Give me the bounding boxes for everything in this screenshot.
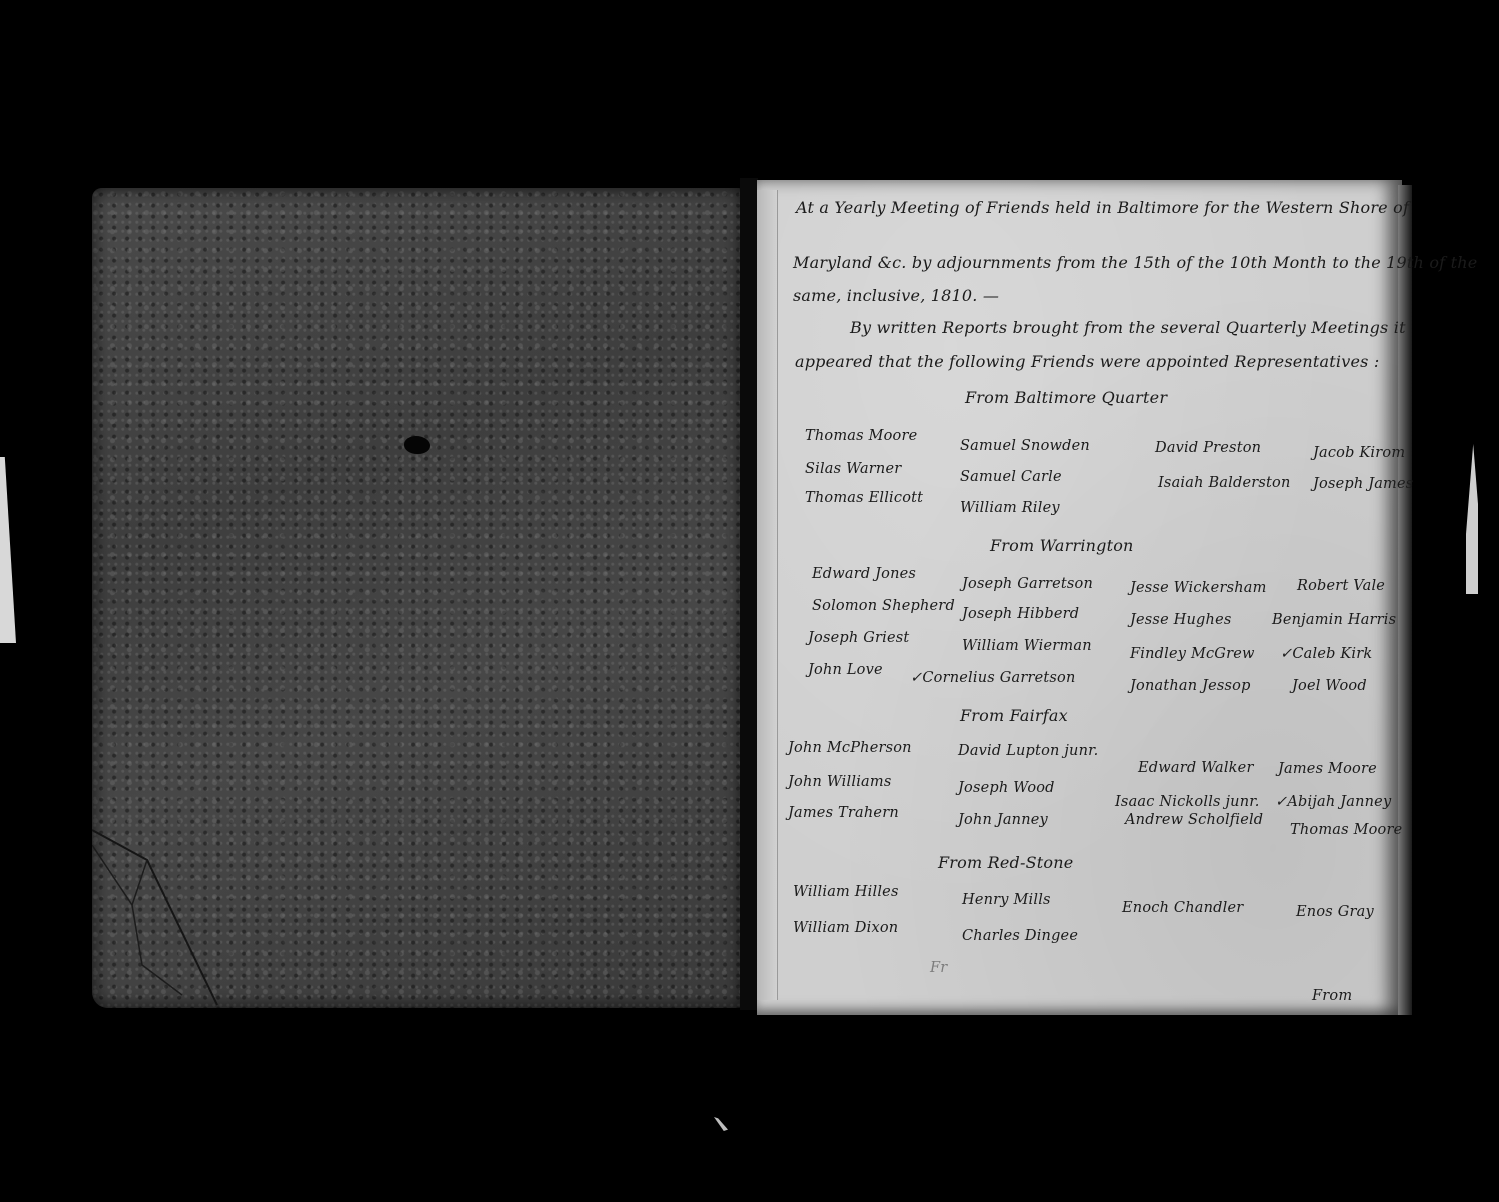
representative-name: Silas Warner: [805, 461, 901, 477]
page-fore-edge: [1398, 185, 1412, 1015]
representative-name: Samuel Snowden: [960, 438, 1090, 454]
book-spine-gutter: [740, 178, 758, 1010]
paper-slip-right-edge: [1466, 444, 1478, 594]
representative-name: Thomas Ellicott: [805, 490, 923, 506]
representative-name: Benjamin Harris: [1272, 612, 1396, 628]
representative-name: Solomon Shepherd: [812, 598, 955, 614]
representative-name: James Trahern: [788, 805, 899, 821]
representative-name: John Janney: [958, 812, 1048, 828]
representative-name: William Hilles: [793, 884, 899, 900]
paper-slip-left-edge: [0, 457, 16, 643]
representative-name: Jesse Wickersham: [1130, 580, 1267, 596]
representative-name: Edward Jones: [812, 566, 916, 582]
representative-name: James Moore: [1278, 761, 1377, 777]
opening-line-2: Maryland &c. by adjournments from the 15…: [793, 253, 1477, 272]
representative-name: Jonathan Jessop: [1130, 678, 1251, 694]
representative-name: ✓Cornelius Garretson: [910, 670, 1076, 686]
representative-name: Jesse Hughes: [1130, 612, 1232, 628]
representative-name: Joseph Hibberd: [962, 606, 1079, 622]
representative-name: Findley McGrew: [1130, 646, 1255, 662]
report-line-1: By written Reports brought from the seve…: [850, 318, 1406, 337]
opening-line-1: At a Yearly Meeting of Friends held in B…: [796, 198, 1409, 217]
representative-name: William Wierman: [962, 638, 1092, 654]
representative-name: Jacob Kirom: [1313, 445, 1405, 461]
representative-name: William Dixon: [793, 920, 898, 936]
representative-name: Edward Walker: [1138, 760, 1254, 776]
representative-name: Charles Dingee: [962, 928, 1078, 944]
representative-name: Robert Vale: [1297, 578, 1385, 594]
representative-name: ✓Caleb Kirk: [1280, 646, 1372, 662]
representative-name: Joseph Garretson: [962, 576, 1093, 592]
representative-name: ✓Abijah Janney: [1275, 794, 1391, 810]
representative-name: Enos Gray: [1296, 904, 1374, 920]
representative-name: Samuel Carle: [960, 469, 1062, 485]
section-heading-warrington: From Warrington: [990, 536, 1134, 555]
cover-hole: [404, 436, 430, 454]
catchword: From: [1312, 988, 1352, 1004]
representative-name: Thomas Moore: [1290, 822, 1402, 838]
representative-name: John Williams: [788, 774, 891, 790]
cover-board: [92, 188, 742, 1008]
section-heading-red-stone: From Red-Stone: [938, 853, 1073, 872]
representative-name: Joseph Griest: [808, 630, 909, 646]
paper-fleck: [714, 1117, 728, 1131]
representative-name: Joseph James: [1313, 476, 1413, 492]
representative-name: Isaac Nickolls junr.: [1115, 794, 1260, 810]
representative-name: David Lupton junr.: [958, 743, 1098, 759]
representative-name: Joseph Wood: [958, 780, 1055, 796]
representative-name: John McPherson: [788, 740, 912, 756]
representative-name: Enoch Chandler: [1122, 900, 1243, 916]
representative-name: Joel Wood: [1292, 678, 1367, 694]
section-heading-baltimore: From Baltimore Quarter: [965, 388, 1167, 407]
page-stub-edges: [757, 190, 778, 1000]
opening-line-3: same, inclusive, 1810. —: [793, 286, 999, 305]
scan-background: At a Yearly Meeting of Friends held in B…: [0, 0, 1499, 1202]
representative-name: Thomas Moore: [805, 428, 917, 444]
representative-name: Henry Mills: [962, 892, 1051, 908]
representative-name: Isaiah Balderston: [1158, 475, 1291, 491]
stray-mark: Fr: [930, 960, 947, 976]
section-heading-fairfax: From Fairfax: [960, 706, 1068, 725]
representative-name: David Preston: [1155, 440, 1261, 456]
representative-name: John Love: [808, 662, 883, 678]
representative-name: William Riley: [960, 500, 1060, 516]
report-line-2: appeared that the following Friends were…: [795, 352, 1379, 371]
representative-name: Andrew Scholfield: [1125, 812, 1263, 828]
